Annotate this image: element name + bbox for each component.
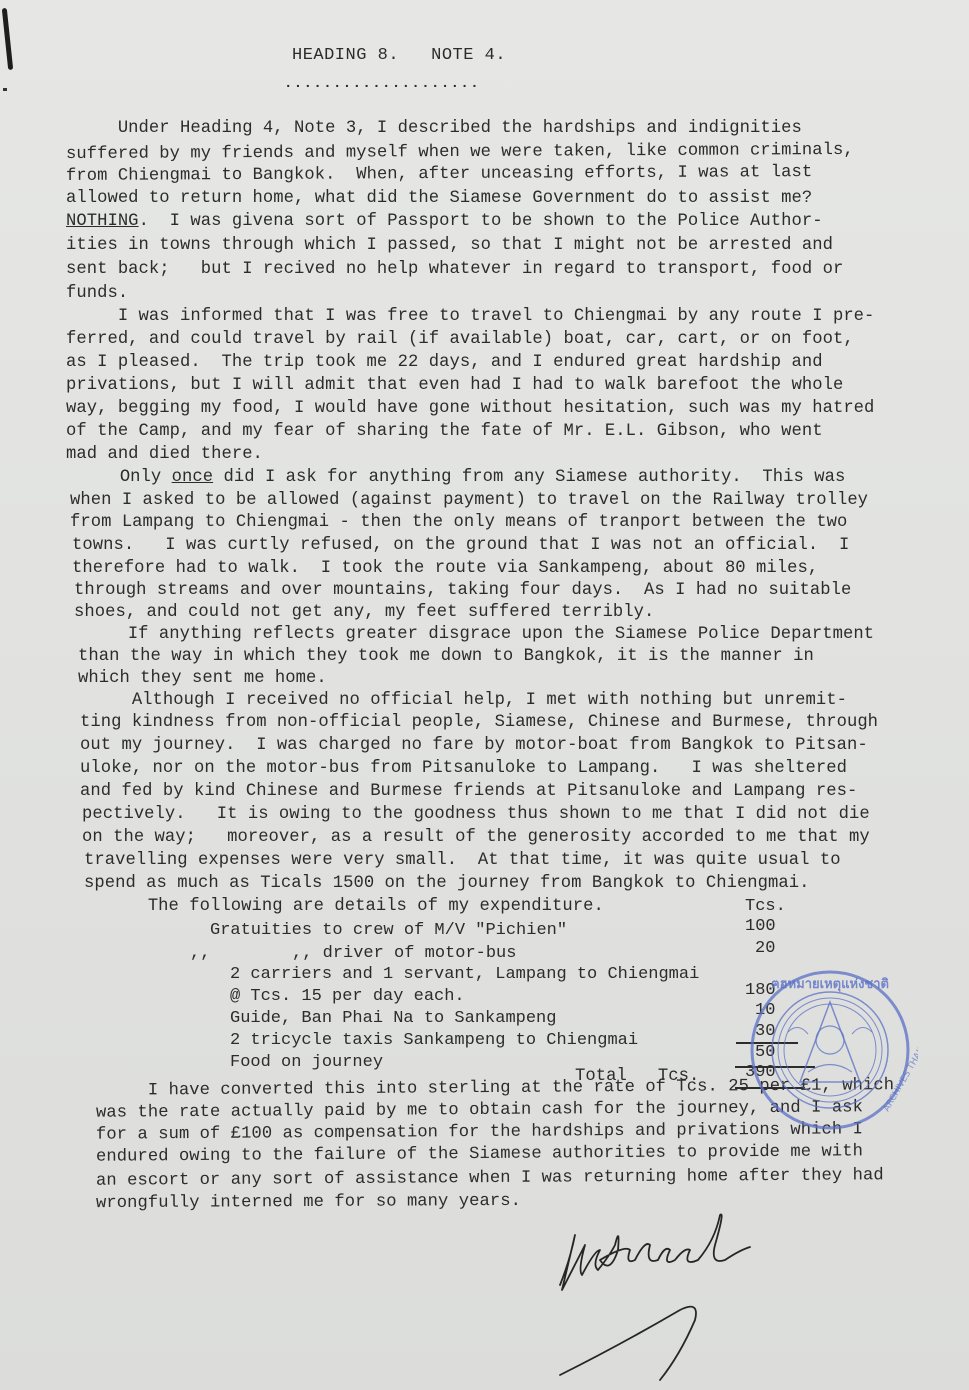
text-line: wrongfully interned me for so many years… <box>96 1193 521 1212</box>
expense-amount: 10 <box>755 1002 775 1019</box>
heading-dotted-rule: .................... <box>284 76 480 92</box>
text-line: shoes, and could not get any, my feet su… <box>74 604 654 621</box>
emphasis-nothing: NOTHING <box>66 212 139 231</box>
expense-amount: 100 <box>745 918 776 935</box>
text-line: was the rate actually paid by me to obta… <box>96 1099 863 1122</box>
text-line: than the way in which they took me down … <box>78 648 814 665</box>
text-line: of the Camp, and my fear of sharing the … <box>66 423 823 440</box>
text-line: mad and died there. <box>66 446 263 463</box>
text-line: I was informed that I was free to travel… <box>66 308 874 325</box>
text-line: allowed to return home, what did the Sia… <box>66 190 812 207</box>
stamp-label: ARCHIVES THAILAND <box>882 1027 918 1114</box>
emphasis-once: once <box>172 468 213 487</box>
text-line: Under Heading 4, Note 3, I described the… <box>66 120 802 137</box>
text-line: which they sent me home. <box>78 670 327 687</box>
currency-header: Tcs. <box>745 898 786 915</box>
text-line: travelling expenses were very small. At … <box>84 852 841 869</box>
expense-label: Guide, Ban Phai Na to Sankampeng <box>230 1010 556 1027</box>
text-line: suffered by my friends and myself when w… <box>66 142 854 163</box>
text-line: sent back; but I recived no help whateve… <box>66 261 843 278</box>
text-line: pectively. It is owing to the goodness t… <box>82 806 870 823</box>
document-heading: HEADING 8. NOTE 4. <box>292 46 506 65</box>
text-line: through streams and over mountains, taki… <box>74 582 851 599</box>
text-line: and fed by kind Chinese and Burmese frie… <box>80 783 857 800</box>
total-rule <box>735 1066 815 1068</box>
paper-edge-mark <box>2 8 13 70</box>
text-line: from Lampang to Chiengmai - then the onl… <box>70 514 847 531</box>
text-line: when I asked to be allowed (against paym… <box>70 492 868 509</box>
text-line: Only once did I ask for anything from an… <box>68 469 845 486</box>
text-line: for a sum of £100 as compensation for th… <box>96 1121 863 1144</box>
expense-amount: 30 <box>755 1023 775 1040</box>
text-line: towns. I was curtly refused, on the grou… <box>72 537 849 554</box>
expense-label: Food on journey <box>230 1054 383 1071</box>
text-line: as I pleased. The trip took me 22 days, … <box>66 354 823 371</box>
text-line: uloke, nor on the motor-bus from Pitsanu… <box>80 760 847 777</box>
expense-label: @ Tcs. 15 per day each. <box>230 988 465 1005</box>
expense-amount: 20 <box>755 940 775 957</box>
expense-amount: 180 <box>745 982 776 999</box>
expense-label: 2 tricycle taxis Sankampeng to Chiengmai <box>230 1032 638 1049</box>
text-line: an escort or any sort of assistance when… <box>96 1167 884 1190</box>
text-line: ferred, and could travel by rail (if ava… <box>66 331 854 348</box>
text-line: I have converted this into sterling at t… <box>96 1077 894 1100</box>
expense-label: 2 carriers and 1 servant, Lampang to Chi… <box>230 966 699 983</box>
text-line: If anything reflects greater disgrace up… <box>76 626 874 643</box>
subtotal-rule <box>736 1042 798 1044</box>
text-line: on the way; moreover, as a result of the… <box>82 829 870 846</box>
text-line: spend as much as Ticals 1500 on the jour… <box>84 875 810 892</box>
text-line: therefore had to walk. I took the route … <box>72 560 818 577</box>
text-line: out my journey. I was charged no fare by… <box>80 737 868 754</box>
text-line: endured owing to the failure of the Siam… <box>96 1143 863 1166</box>
text-line: funds. <box>66 285 128 302</box>
text-line: way, begging my food, I would have gone … <box>66 400 874 417</box>
text-line: privations, but I will admit that even h… <box>66 377 843 394</box>
text-line: Although I received no official help, I … <box>80 692 847 709</box>
expenditure-intro: The following are details of my expendit… <box>96 898 604 915</box>
paper-speck <box>3 88 7 91</box>
text-line: ting kindness from non-official people, … <box>80 714 878 731</box>
text-line: from Chiengmai to Bangkok. When, after u… <box>66 164 812 185</box>
handwritten-signature <box>540 1205 860 1385</box>
text-line: NOTHING. I was givena sort of Passport t… <box>66 213 823 230</box>
expense-amount: 50 <box>755 1044 775 1061</box>
stamp-text: ฅฮหมายเหตุแห่งชาติ <box>771 977 889 992</box>
expense-label: ,, ,, driver of motor-bus <box>190 945 516 962</box>
text-line: ities in towns through which I passed, s… <box>66 237 833 254</box>
expense-label: Gratuities to crew of M/V "Pichien" <box>210 922 567 939</box>
